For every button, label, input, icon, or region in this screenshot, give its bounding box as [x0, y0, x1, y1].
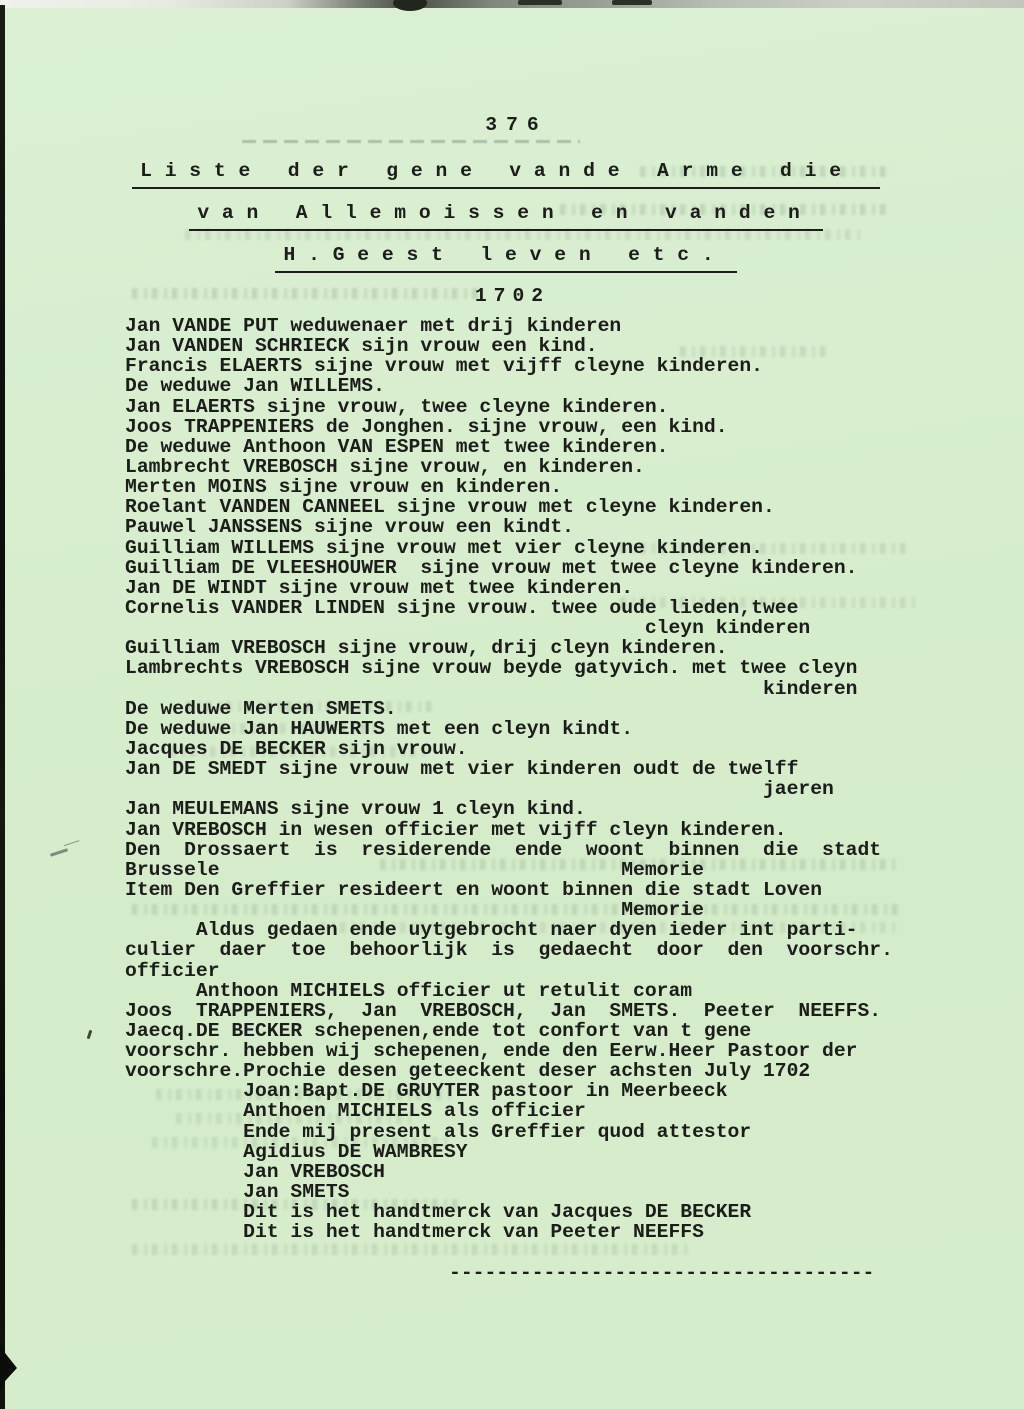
page-number-underline-artifact	[242, 140, 580, 143]
document-line: Roelant VANDEN CANNEEL sijne vrouw met c…	[125, 497, 893, 517]
document-line: Guilliam DE VLEESHOUWER sijne vrouw met …	[125, 558, 893, 578]
document-line: Jan MEULEMANS sijne vrouw 1 cleyn kind.	[125, 799, 893, 819]
document-line: De weduwe Anthoon VAN ESPEN met twee kin…	[125, 437, 893, 457]
document-line: Joos TRAPPENIERS de Jonghen. sijne vrouw…	[125, 417, 893, 437]
document-line: Item Den Greffier resideert en woont bin…	[125, 880, 893, 900]
document-line: kinderen	[125, 679, 893, 699]
document-line: officier	[125, 961, 893, 981]
document-line: Anthoen MICHIELS als officier	[125, 1101, 893, 1121]
document-line: Lambrecht VREBOSCH sijne vrouw, en kinde…	[125, 457, 893, 477]
binder-hole-mark	[393, 0, 427, 11]
document-line: Dit is het handtmerck van Peeter NEEFFS	[125, 1222, 893, 1242]
scanned-page: 376 Liste der gene vande Arme die van Al…	[0, 0, 1024, 1409]
document-line: culier daer toe behoorlijk is gedaecht d…	[125, 940, 893, 960]
document-line: De weduwe Jan HAUWERTS met een cleyn kin…	[125, 719, 893, 739]
document-line: Jacques DE BECKER sijn vrouw.	[125, 739, 893, 759]
document-line: Jan VANDE PUT weduwenaer met drij kinder…	[125, 316, 893, 336]
document-line: Aldus gedaen ende uytgebrocht naer dyen …	[125, 920, 893, 940]
document-title-line-1: Liste der gene vande Arme die	[0, 160, 1012, 202]
document-line: Jan DE WINDT sijne vrouw met twee kinder…	[125, 578, 893, 598]
document-line: Jan VREBOSCH	[125, 1162, 893, 1182]
document-line: Merten MOINS sijne vrouw en kinderen.	[125, 477, 893, 497]
document-line: Ende mij present als Greffier quod attes…	[125, 1122, 893, 1142]
document-year: 1702	[0, 285, 1018, 307]
document-line: Jan VREBOSCH in wesen officier met vijff…	[125, 820, 893, 840]
bleed-through-artifact	[132, 1244, 692, 1255]
scan-edge-mark	[612, 0, 652, 5]
scan-corner-mark	[0, 1342, 17, 1392]
document-line: Cornelis VANDER LINDEN sijne vrouw. twee…	[125, 598, 893, 618]
scan-top-edge	[0, 0, 1024, 8]
document-title: Liste der gene vande Arme die van Allemo…	[0, 160, 1012, 286]
document-title-line-3: H.Geest leven etc.	[0, 244, 1012, 286]
document-line: Jan SMETS	[125, 1182, 893, 1202]
scan-edge-mark	[518, 0, 562, 5]
document-line: Pauwel JANSSENS sijne vrouw een kindt.	[125, 517, 893, 537]
page-number: 376	[0, 114, 1024, 136]
document-line: Jan ELAERTS sijne vrouw, twee cleyne kin…	[125, 397, 893, 417]
document-line: Joan:Bapt.DE GRUYTER pastoor in Meerbeec…	[125, 1081, 893, 1101]
document-line: Lambrechts VREBOSCH sijne vrouw beyde ga…	[125, 658, 893, 678]
document-title-line-2: van Allemoissen en vanden	[0, 202, 1012, 244]
document-line: jaeren	[125, 779, 893, 799]
document-line: Memorie	[125, 900, 893, 920]
document-line: Jan VANDEN SCHRIECK sijn vrouw een kind.	[125, 336, 893, 356]
divider-dashes: ------------------------------------	[449, 1262, 874, 1284]
document-line: voorschr. hebben wij schepenen, ende den…	[125, 1041, 893, 1061]
document-line: Francis ELAERTS sijne vrouw met vijff cl…	[125, 356, 893, 376]
document-line: Den Drossaert is residerende ende woont …	[125, 840, 893, 860]
document-line: Dit is het handtmerck van Jacques DE BEC…	[125, 1202, 893, 1222]
document-line: Guilliam WILLEMS sijne vrouw met vier cl…	[125, 538, 893, 558]
document-line: Jan DE SMEDT sijne vrouw met vier kinder…	[125, 759, 893, 779]
document-line: De weduwe Jan WILLEMS.	[125, 376, 893, 396]
document-line: Guilliam VREBOSCH sijne vrouw, drij cley…	[125, 638, 893, 658]
document-line: Anthoon MICHIELS officier ut retulit cor…	[125, 981, 893, 1001]
document-line: voorschre.Prochie desen geteeckent deser…	[125, 1061, 893, 1081]
document-line: De weduwe Merten SMETS.	[125, 699, 893, 719]
document-lines: Jan VANDE PUT weduwenaer met drij kinder…	[125, 316, 893, 1242]
pencil-tick-mark	[87, 1030, 93, 1039]
document-line: Jaecq.DE BECKER schepenen,ende tot confo…	[125, 1021, 893, 1041]
document-line: Agidius DE WAMBRESY	[125, 1142, 893, 1162]
document-line: cleyn kinderen	[125, 618, 893, 638]
pencil-mark	[50, 848, 68, 856]
document-line: Joos TRAPPENIERS, Jan VREBOSCH, Jan SMET…	[125, 1001, 893, 1021]
document-line: Brussele Memorie	[125, 860, 893, 880]
